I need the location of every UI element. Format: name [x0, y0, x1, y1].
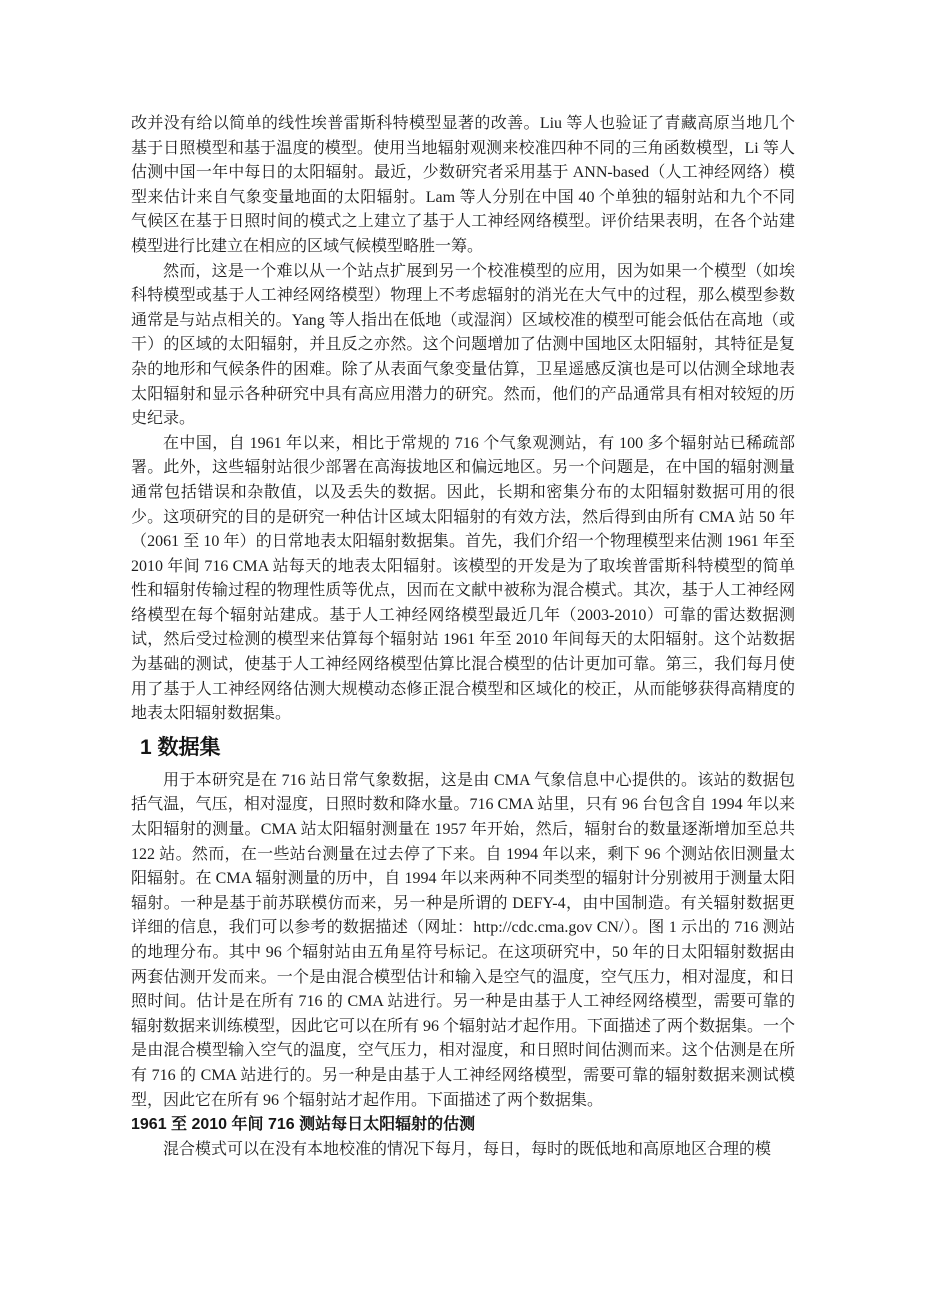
subheading-radiation-estimation-1961-2010: 1961 至 2010 年间 716 测站每日太阳辐射的估测	[131, 1113, 795, 1138]
paragraph-prescott-models: 改并没有给以简单的线性埃普雷斯科特模型显著的改善。Liu 等人也验证了青藏高原当…	[131, 112, 795, 260]
text-column: 改并没有给以简单的线性埃普雷斯科特模型显著的改善。Liu 等人也验证了青藏高原当…	[131, 112, 795, 1162]
paragraph-calibration-limitations: 然而，这是一个难以从一个站点扩展到另一个校准模型的应用，因为如果一个模型（如埃科…	[131, 260, 795, 432]
paragraph-dataset-description: 用于本研究是在 716 站日常气象数据，这是由 CMA 气象信息中心提供的。该站…	[131, 769, 795, 1113]
manuscript-page: 改并没有给以简单的线性埃普雷斯科特模型显著的改善。Liu 等人也验证了青藏高原当…	[0, 0, 926, 1309]
paragraph-hybrid-model-intro: 混合模式可以在没有本地校准的情况下每月，每日，每时的既低地和高原地区合理的模	[131, 1138, 795, 1163]
section-heading-dataset: 1 数据集	[140, 735, 795, 761]
paragraph-china-dataset-motivation: 在中国，自 1961 年以来，相比于常规的 716 个气象观测站，有 100 多…	[131, 432, 795, 727]
